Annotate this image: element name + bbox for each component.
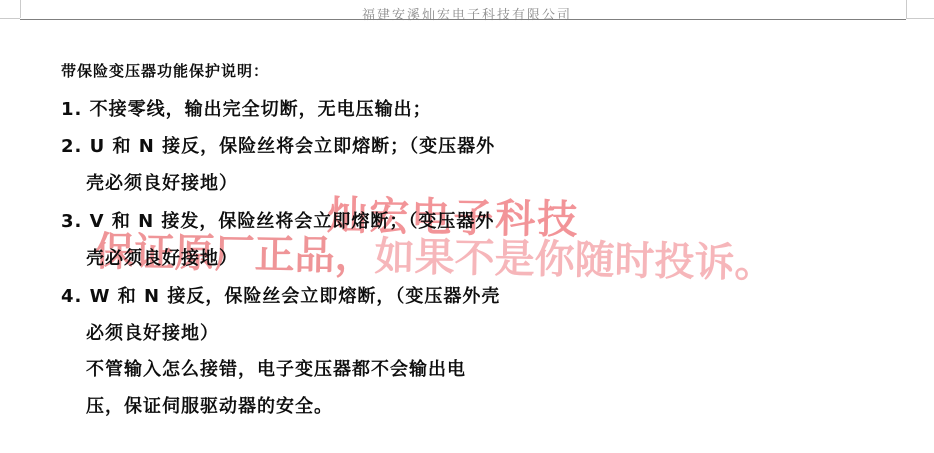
instruction-line-2: 2. U 和 N 接反，保险丝将会立即熔断；（变压器外 xyxy=(61,136,495,158)
instruction-line-1: 1. 不接零线，输出完全切断，无电压输出； xyxy=(61,99,432,121)
margin-guide-left-horizontal xyxy=(0,18,20,19)
instruction-line-3-continuation: 壳必须良好接地） xyxy=(86,248,238,270)
margin-guide-left-vertical xyxy=(20,0,21,18)
instruction-summary-line-2: 压，保证伺服驱动器的安全。 xyxy=(86,396,333,418)
margin-guide-right-horizontal xyxy=(906,18,934,19)
document-page: 福建安溪灿宏电子科技有限公司 灿宏电子科技 保证原厂正品，如果不是你随时投诉。 … xyxy=(0,0,934,453)
header-rule xyxy=(20,19,906,20)
margin-guide-right-vertical xyxy=(906,0,907,18)
watermark-slogan-part2: 如果不是你随时投诉。 xyxy=(374,234,775,287)
instruction-summary-line-1: 不管输入怎么接错，电子变压器都不会输出电 xyxy=(86,359,466,381)
instruction-line-3: 3. V 和 N 接发，保险丝将会立即熔断；（变压器外 xyxy=(61,211,494,233)
instruction-line-4-continuation: 必须良好接地） xyxy=(86,323,219,345)
document-title: 带保险变压器功能保护说明： xyxy=(61,60,269,81)
instruction-line-4: 4. W 和 N 接反，保险丝会立即熔断，（变压器外壳 xyxy=(61,286,500,308)
header-company-name: 福建安溪灿宏电子科技有限公司 xyxy=(0,4,934,23)
instruction-line-2-continuation: 壳必须良好接地） xyxy=(86,173,238,195)
